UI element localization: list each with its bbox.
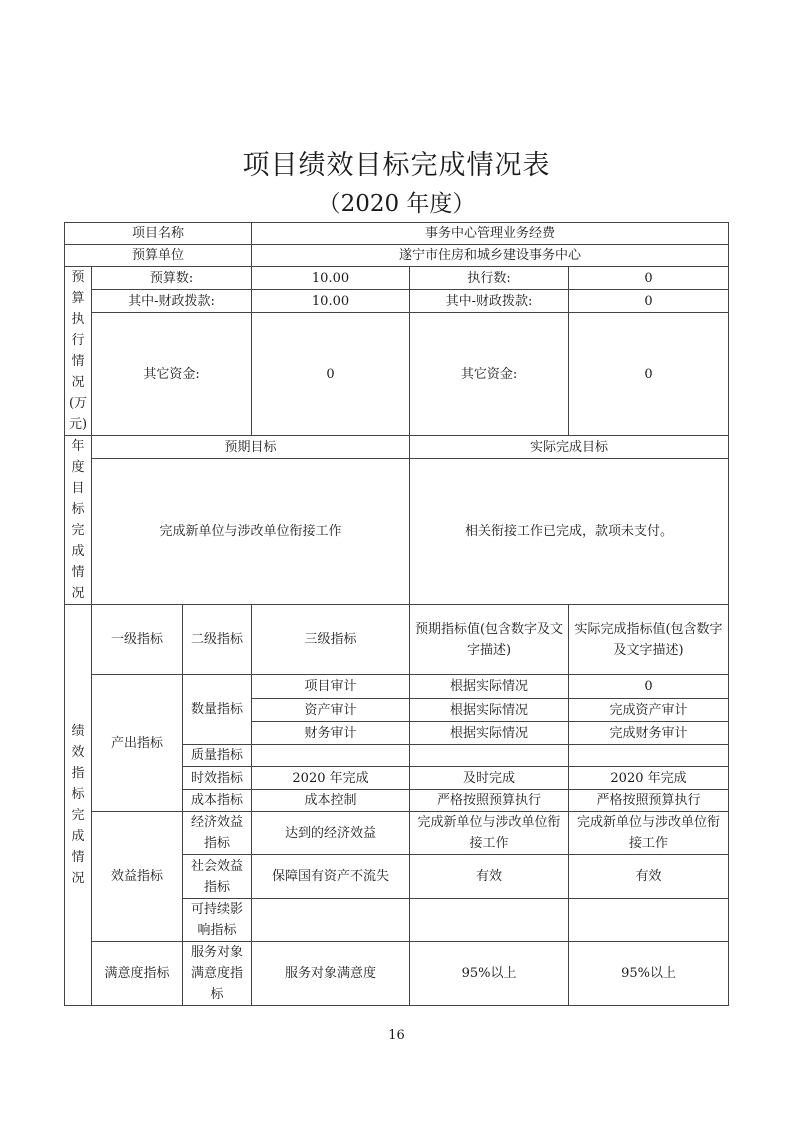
actual-cell: 完成新单位与涉改单位衔接工作	[569, 812, 729, 855]
project-name-row: 项目名称 事务中心管理业务经费	[65, 223, 729, 245]
actual-cell: 2020 年完成	[569, 767, 729, 790]
level3-cell: 服务对象满意度	[252, 942, 410, 1006]
actual-cell: 完成财务审计	[569, 722, 729, 745]
level3-cell	[252, 745, 410, 767]
expected-goal-header: 预期目标	[92, 436, 410, 459]
expected-cell: 根据实际情况	[410, 722, 569, 745]
level3-cell: 成本控制	[252, 790, 410, 812]
table-row: 满意度指标 服务对象满意度指标 服务对象满意度 95%以上 95%以上	[65, 942, 729, 1006]
performance-section-label: 绩效指标完成情况	[65, 605, 92, 1006]
satisfaction-level2-label: 服务对象满意度指标	[183, 942, 252, 1006]
actual-cell	[569, 745, 729, 767]
quantity-indicator-label: 数量指标	[183, 675, 252, 745]
level3-header: 三级指标	[252, 605, 410, 675]
indicator-header-row: 绩效指标完成情况 一级指标 二级指标 三级指标 预期指标值(包含数字及文字描述)…	[65, 605, 729, 675]
other-funds-label: 其它资金:	[92, 313, 252, 436]
executed-value: 0	[569, 267, 729, 290]
level3-cell: 2020 年完成	[252, 767, 410, 790]
other-funds-exec-value: 0	[569, 313, 729, 436]
actual-cell: 0	[569, 675, 729, 699]
level3-cell: 保障国有资产不流失	[252, 855, 410, 899]
actual-goal-header: 实际完成目标	[410, 436, 729, 459]
table-row: 产出指标 数量指标 项目审计 根据实际情况 0	[65, 675, 729, 699]
document-title: 项目绩效目标完成情况表	[0, 143, 793, 182]
social-indicator-label: 社会效益指标	[183, 855, 252, 899]
executed-label: 执行数:	[410, 267, 569, 290]
budget-unit-row: 预算单位 遂宁市住房和城乡建设事务中心	[65, 245, 729, 267]
expected-cell: 95%以上	[410, 942, 569, 1006]
annual-goals-content-row: 完成新单位与涉改单位衔接工作 相关衔接工作已完成，款项未支付。	[65, 459, 729, 605]
fiscal-exec-label: 其中-财政拨款:	[410, 290, 569, 313]
expected-cell: 有效	[410, 855, 569, 899]
expected-goal-value: 完成新单位与涉改单位衔接工作	[92, 459, 410, 605]
expected-cell	[410, 899, 569, 942]
budget-unit-value: 遂宁市住房和城乡建设事务中心	[252, 245, 729, 267]
level3-cell: 资产审计	[252, 699, 410, 722]
level3-cell: 项目审计	[252, 675, 410, 699]
actual-cell: 严格按照预算执行	[569, 790, 729, 812]
expected-value-header: 预期指标值(包含数字及文字描述)	[410, 605, 569, 675]
budget-amount-label: 预算数:	[92, 267, 252, 290]
actual-cell: 95%以上	[569, 942, 729, 1006]
level1-header: 一级指标	[92, 605, 183, 675]
budget-unit-label: 预算单位	[65, 245, 252, 267]
project-name-label: 项目名称	[65, 223, 252, 245]
fiscal-value: 10.00	[252, 290, 410, 313]
fiscal-row: 其中-财政拨款: 10.00 其中-财政拨款: 0	[65, 290, 729, 313]
expected-cell: 严格按照预算执行	[410, 790, 569, 812]
budget-amount-value: 10.00	[252, 267, 410, 290]
expected-cell: 根据实际情况	[410, 699, 569, 722]
level2-header: 二级指标	[183, 605, 252, 675]
annual-goals-section-label: 年度目标完成情况	[65, 436, 92, 605]
actual-cell: 有效	[569, 855, 729, 899]
budget-section-label: 预算执行情况(万元)	[65, 267, 92, 436]
benefit-indicator-label: 效益指标	[92, 812, 183, 942]
output-indicator-label: 产出指标	[92, 675, 183, 812]
cost-indicator-label: 成本指标	[183, 790, 252, 812]
project-name-value: 事务中心管理业务经费	[252, 223, 729, 245]
expected-cell	[410, 745, 569, 767]
timeliness-indicator-label: 时效指标	[183, 767, 252, 790]
actual-value-header: 实际完成指标值(包含数字及文字描述)	[569, 605, 729, 675]
expected-cell: 根据实际情况	[410, 675, 569, 699]
actual-cell	[569, 899, 729, 942]
level3-cell: 财务审计	[252, 722, 410, 745]
document-subtitle: （2020 年度）	[0, 185, 793, 218]
level3-cell: 达到的经济效益	[252, 812, 410, 855]
annual-goals-header-row: 年度目标完成情况 预期目标 实际完成目标	[65, 436, 729, 459]
budget-amount-row: 预算执行情况(万元) 预算数: 10.00 执行数: 0	[65, 267, 729, 290]
quality-indicator-label: 质量指标	[183, 745, 252, 767]
expected-cell: 及时完成	[410, 767, 569, 790]
economic-indicator-label: 经济效益指标	[183, 812, 252, 855]
table-row: 效益指标 经济效益指标 达到的经济效益 完成新单位与涉改单位衔接工作 完成新单位…	[65, 812, 729, 855]
other-funds-row: 其它资金: 0 其它资金: 0	[65, 313, 729, 436]
actual-cell: 完成资产审计	[569, 699, 729, 722]
level3-cell	[252, 899, 410, 942]
expected-cell: 完成新单位与涉改单位衔接工作	[410, 812, 569, 855]
fiscal-label: 其中-财政拨款:	[92, 290, 252, 313]
satisfaction-indicator-label: 满意度指标	[92, 942, 183, 1006]
other-funds-value: 0	[252, 313, 410, 436]
other-funds-exec-label: 其它资金:	[410, 313, 569, 436]
actual-goal-value: 相关衔接工作已完成，款项未支付。	[410, 459, 729, 605]
sustainable-indicator-label: 可持续影响指标	[183, 899, 252, 942]
fiscal-exec-value: 0	[569, 290, 729, 313]
performance-table: 项目名称 事务中心管理业务经费 预算单位 遂宁市住房和城乡建设事务中心 预算执行…	[64, 222, 729, 1006]
page-number: 16	[0, 1028, 793, 1043]
